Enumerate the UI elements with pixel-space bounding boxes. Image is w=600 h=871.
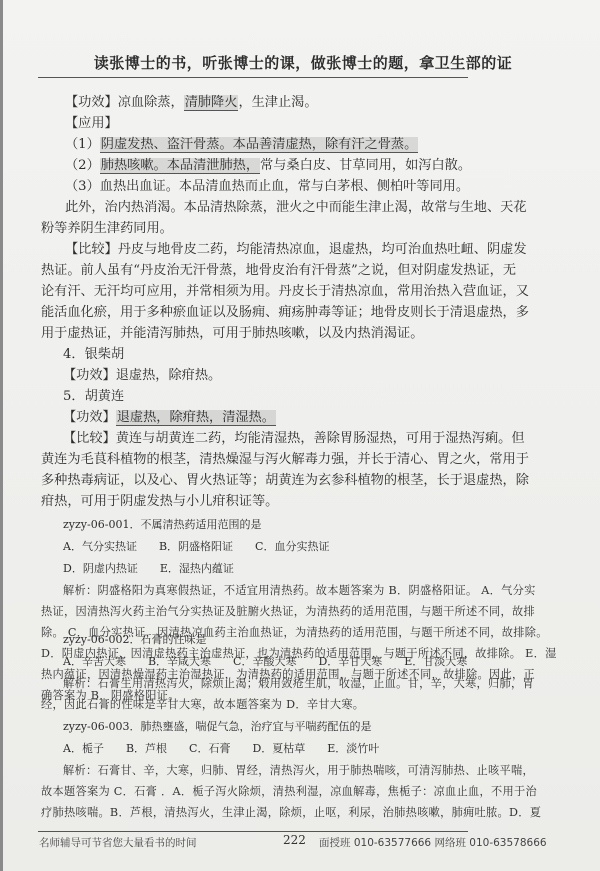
- page-number: 222: [283, 833, 306, 847]
- footer-slogan: 名师辅导可节省您大量看书的时间: [39, 835, 197, 850]
- efficacy-label: 【功效】: [63, 410, 116, 425]
- efficacy-line: 【功效】退虚热，除疳热。: [63, 367, 221, 385]
- application-item-2: （2）肺热咳嗽。本品清泄肺热，常与桑白皮、甘草同用，如泻白散。: [65, 157, 471, 175]
- running-header: 读张博士的书，听张博士的课，做张博士的题，拿卫生部的证: [3, 52, 600, 73]
- question-stem: zyzy-06-002．石膏的性味是: [63, 631, 206, 649]
- efficacy-line: 【功效】退虚热，除疳热，清湿热。: [63, 409, 276, 427]
- explanation-line: 故本题答案为 C．石膏 ．A．栀子泻火除烦，清热利湿，凉血解毒，焦栀子：凉血止血…: [41, 783, 537, 801]
- comparison-line: 【比较】丹皮与地骨皮二药，均能清热凉血，退虚热，均可治血热吐衄、阴虚发: [65, 241, 527, 259]
- document-page: 读张博士的书，听张博士的课，做张博士的题，拿卫生部的证 【功效】凉血除蒸，清肺降…: [0, 0, 600, 871]
- comparison-line: 多种热毒病证，以及心、胃火热证等；胡黄连为玄参科植物的根茎，长于退虚热，除: [41, 472, 529, 490]
- footer-divider: [38, 831, 468, 832]
- comparison-line: 热证。前人虽有“丹皮治无汗骨蒸，地骨皮治有汗骨蒸”之说，但对阴虚发热证，无: [41, 262, 516, 280]
- comparison-line: 【比较】黄连与胡黄连二药，均能清湿热，善除胃肠湿热，可用于湿热泻痢。但: [63, 430, 525, 448]
- comparison-line: 用于虚热证，并能清泻肺热，可用于肺热咳嗽，以及内热消渴证。: [41, 325, 423, 343]
- highlighted-text: 清肺降火: [184, 95, 239, 111]
- comparison-line: 能活血化瘀，用于多种瘀血证以及肠痈、痈疡肿毒等证；地骨皮则长于清退虚热，多: [41, 304, 529, 322]
- efficacy-line: 【功效】凉血除蒸，清肺降火，生津止渴。: [65, 94, 318, 112]
- comparison-line: 论有汗、无汗均可应用，并常相须为用。丹皮长于清热凉血，常用治热入营血证，又: [41, 283, 529, 301]
- efficacy-text: 凉血除蒸，: [118, 95, 184, 110]
- section-heading: 5．胡黄连: [63, 388, 124, 406]
- comparison-line: 黄连为毛茛科植物的根茎，清热燥湿与泻火解毒力强，并长于清心、胃之火，常用于: [41, 451, 529, 469]
- highlighted-text: 退虚热，除疳热，清湿热。: [116, 410, 276, 426]
- application-text: 常与桑白皮、甘草同用，如泻白散。: [260, 158, 471, 173]
- section-heading: 4．银柴胡: [63, 346, 124, 364]
- application-label: 【应用】: [65, 115, 118, 133]
- explanation-line: 疗肺热咳喘。B．芦根，清热泻火，生津止渴，除烦，止呕，利尿，治肺热咳嗽，肺痈吐脓…: [41, 804, 541, 822]
- question-stem: zyzy-06-003．肺热壅盛，喘促气急，治疗宜与平喘药配伍的是: [63, 718, 371, 736]
- explanation-line: 解析：石膏甘、辛，大寒，归肺、胃经，清热泻火，用于肺热喘咳，可清泻肺热、止咳平喘…: [63, 762, 534, 780]
- question-options: A．气分实热证 B．阴盛格阳证 C．血分实热证: [63, 538, 329, 556]
- explanation-line: 解析：阴盛格阳为真寒假热证，不适宜用清热药。故本题答案为 B．阴盛格阳证。 A．…: [63, 582, 536, 600]
- highlighted-text: 肺热咳嗽。本品清泄肺热，: [100, 158, 260, 174]
- highlighted-text: 阴虚发热、盗汗骨蒸。本品善清虚热，除有汗之骨蒸。: [100, 137, 419, 153]
- explanation-line: 经，因此石膏的性味是辛甘大寒，故本题答案为 D．辛甘大寒。: [41, 696, 364, 714]
- question-stem: zyzy-06-001．不属清热药适用范围的是: [63, 516, 261, 534]
- efficacy-text: ，生津止渴。: [238, 95, 317, 110]
- explanation-line: 解析：石膏生用清热泻火，除烦止渴；煅用敛疮生肌，收湿，止血。甘，辛，大寒，归肺，…: [63, 675, 534, 693]
- item-number: （1）: [65, 137, 100, 152]
- application-item-1: （1）阴虚发热、盗汗骨蒸。本品善清虚热，除有汗之骨蒸。: [65, 136, 418, 154]
- question-options: D．阴虚内热证 E．湿热内蕴证: [63, 560, 234, 578]
- header-divider: [38, 77, 468, 78]
- application-item-3: （3）血热出血证。本品清血热而止血，常与白茅根、侧柏叶等同用。: [65, 178, 469, 196]
- item-number: （2）: [65, 158, 100, 173]
- explanation-line: 热证，因清热泻火药主治气分实热证及脏腑火热证，为清热药的适用范围，与题干所述不同…: [41, 603, 535, 621]
- comparison-line: 疳热，可用于阴虚发热与小儿疳积证等。: [41, 493, 278, 511]
- paragraph-line: 此外，治内热消渴。本品清热除蒸，泄火之中而能生津止渴，故常与生地、天花: [65, 199, 527, 217]
- efficacy-label: 【功效】: [65, 95, 118, 110]
- paragraph-line: 粉等养阴生津药同用。: [41, 220, 173, 238]
- footer-contact: 面授班 010-63577666 网络班 010-63578666: [319, 835, 547, 850]
- question-options: A．栀子 B．芦根 C．石膏 D．夏枯草 E．淡竹叶: [63, 740, 379, 758]
- question-options: A．辛苦大寒 B．辛咸大寒 C．辛酸大寒 D．辛甘大寒 E．甘淡大寒: [63, 653, 467, 671]
